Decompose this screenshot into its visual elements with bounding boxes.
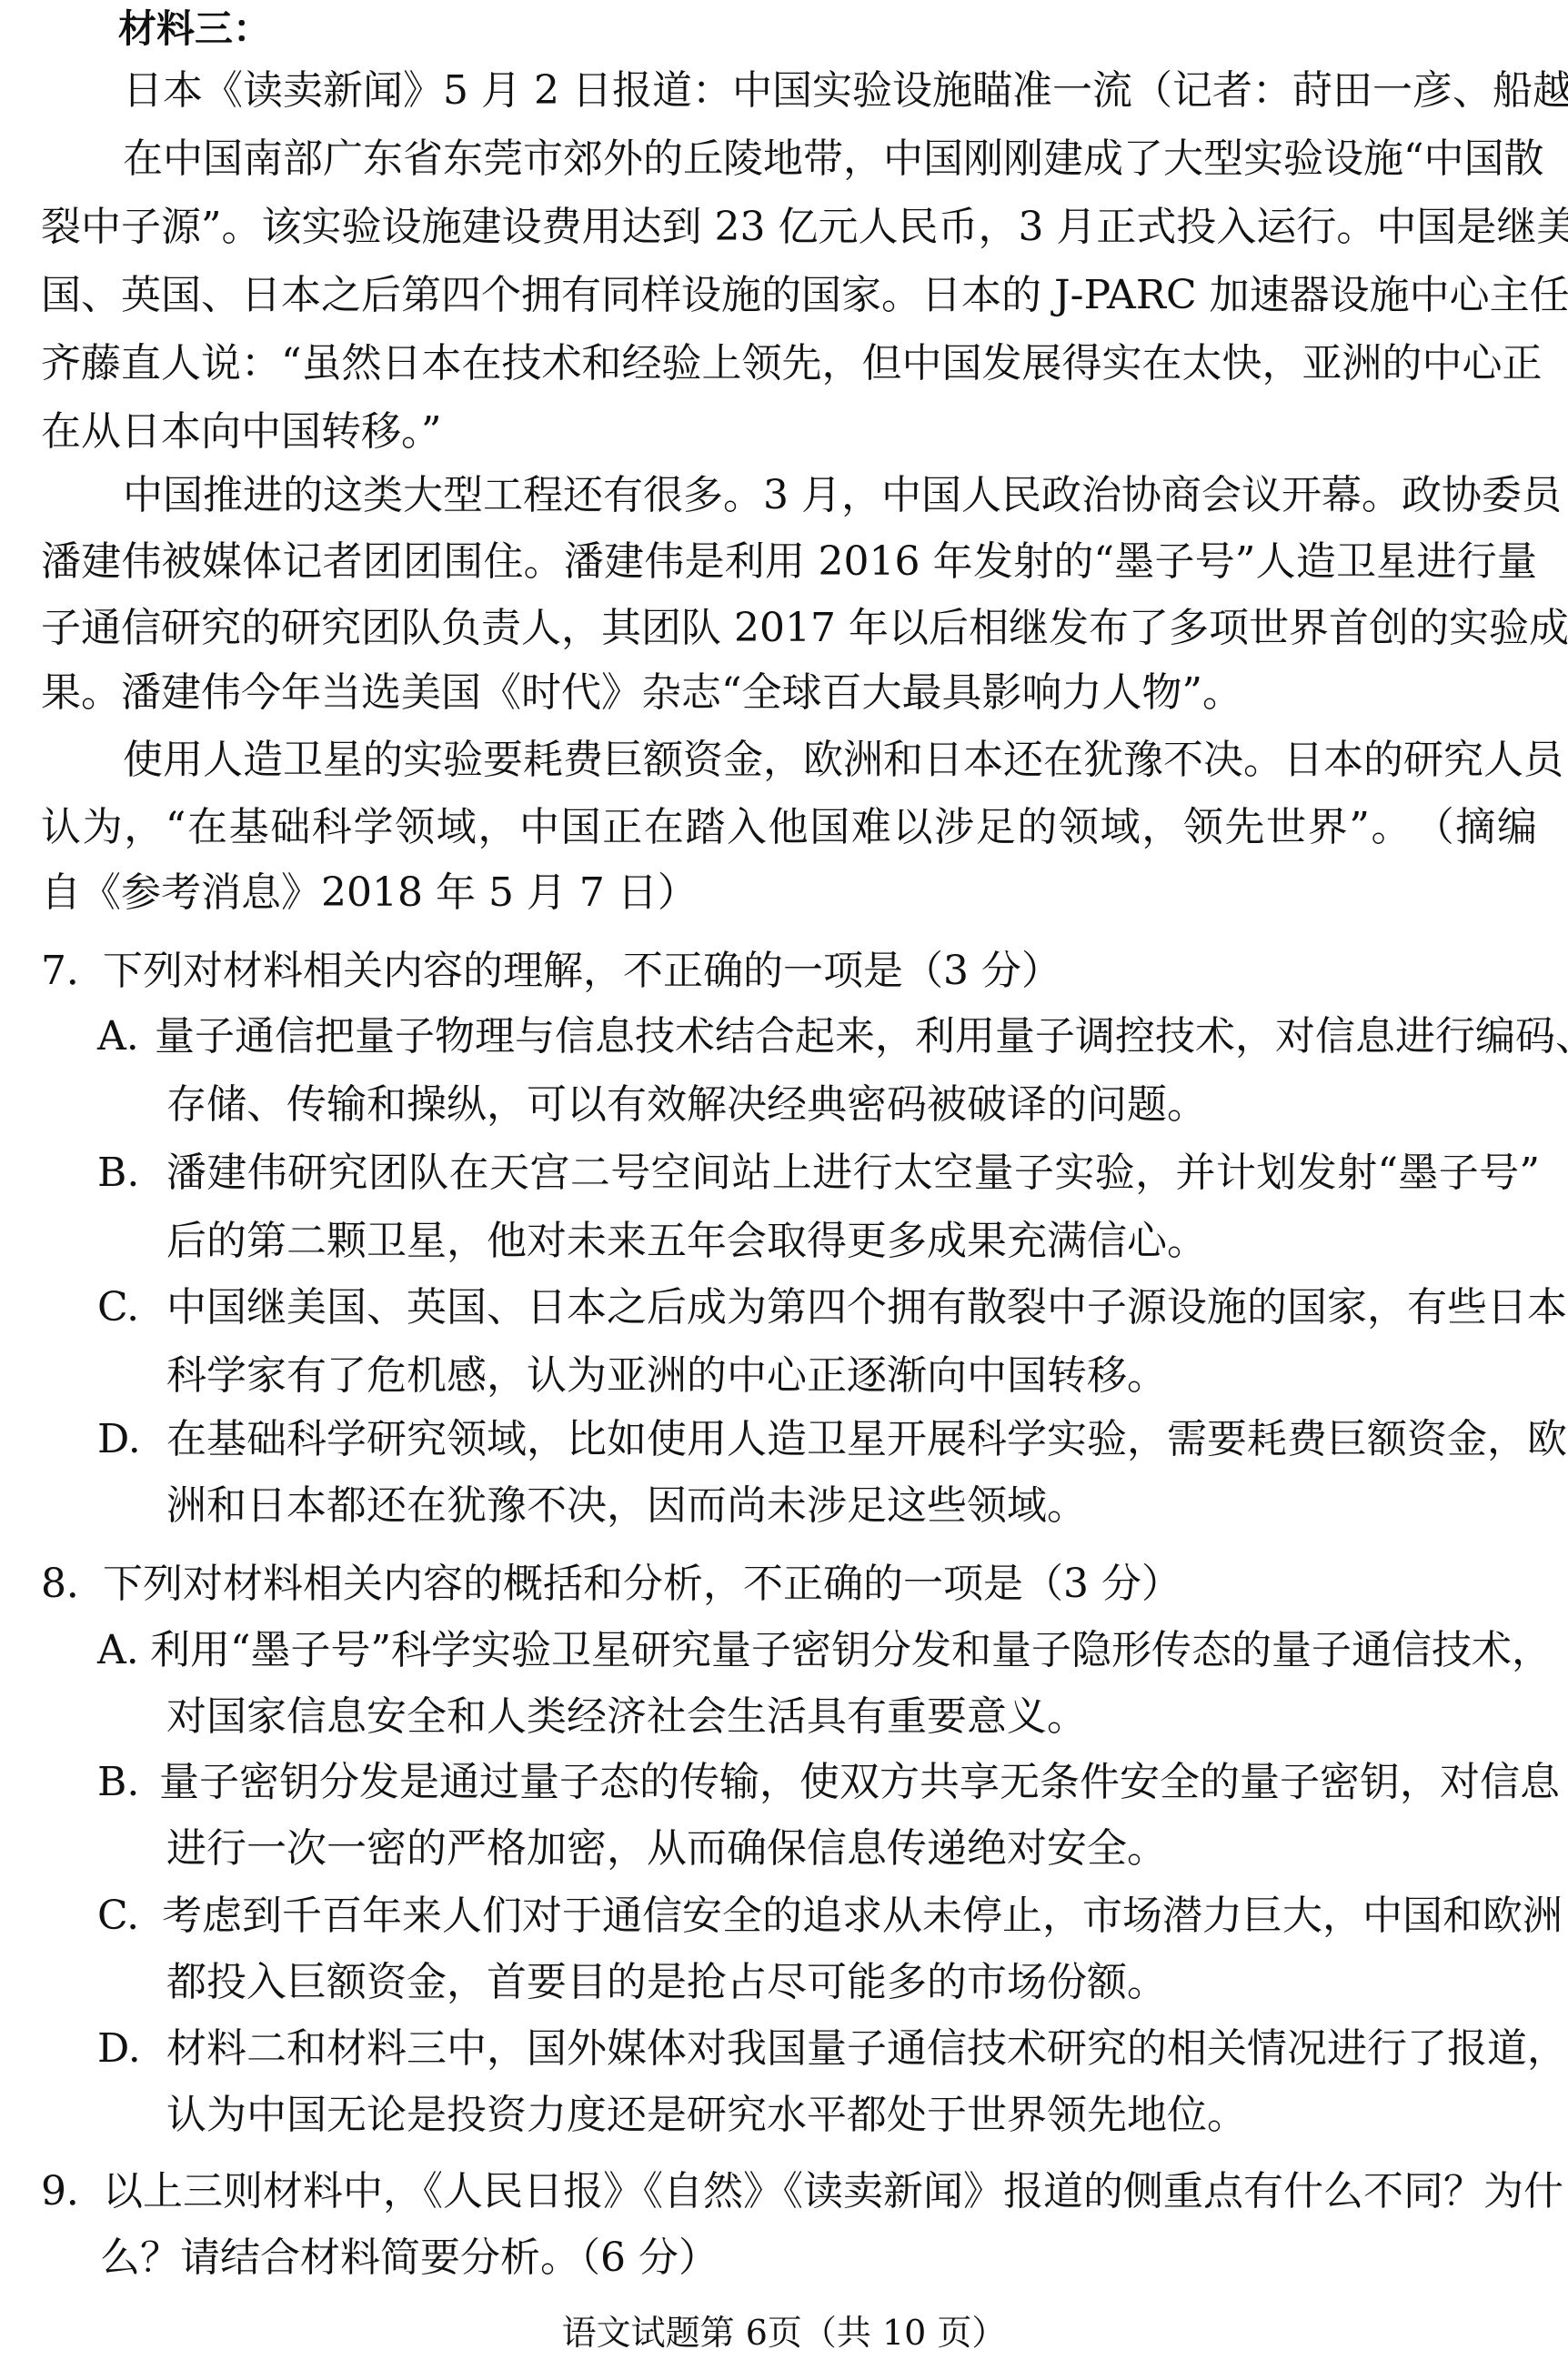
text-line: 使用人造卫星的实验要耗费巨额资金，欧洲和日本还在犹豫不决。日本的研究人员 (123, 733, 1537, 788)
text-line: 齐藤直人说：“虽然日本在技术和经验上领先，但中国发展得实在太快，亚洲的中心正 (41, 336, 1537, 391)
option-label: B. (97, 1146, 139, 1200)
option-label: A. (97, 1009, 139, 1064)
question-stem: 下列对材料相关内容的理解，不正确的一项是（3 分） (103, 944, 1061, 999)
option-text: 利用“墨子号”科学实验卫星研究量子密钥分发和量子隐形传态的量子通信技术， (150, 1623, 1542, 1678)
option-label: C. (97, 1280, 139, 1335)
option-label: C. (97, 1889, 139, 1943)
option-label: D. (97, 1412, 141, 1467)
option-text: 进行一次一密的严格加密，从而确保信息传递绝对安全。 (166, 1822, 1167, 1876)
page-footer: 语文试题第 6页（共 10 页） (0, 2310, 1568, 2355)
option-text: 中国继美国、英国、日本之后成为第四个拥有散裂中子源设施的国家，有些日本 (166, 1280, 1537, 1335)
text-line: 果。潘建伟今年当选美国《时代》杂志“全球百大最具影响力人物”。 (41, 666, 1242, 720)
option-label: D. (97, 2022, 141, 2076)
option-text: 材料二和材料三中，国外媒体对我国量子通信技术研究的相关情况进行了报道， (166, 2022, 1542, 2076)
byline: 日本《读卖新闻》5 月 2 日报道：中国实验设施瞄准一流（记者：莳田一彦、船越翔… (123, 64, 1542, 118)
option-text: 洲和日本都还在犹豫不决，因而尚未涉足这些领域。 (166, 1479, 1087, 1533)
question-stem: 以上三则材料中，《人民日报》《自然》《读卖新闻》报道的侧重点有什么不同？为什 (103, 2164, 1537, 2219)
option-label: A. (97, 1623, 139, 1678)
question-number: 8． (41, 1557, 106, 1612)
question-stem: 么？请结合材料简要分析。（6 分） (100, 2231, 719, 2285)
option-text: 在基础科学研究领域，比如使用人造卫星开展科学实验，需要耗费巨额资金，欧 (166, 1412, 1537, 1467)
option-text: 认为中国无论是投资力度还是研究水平都处于世界领先地位。 (166, 2088, 1247, 2143)
option-text: 潘建伟研究团队在天宫二号空间站上进行太空量子实验，并计划发射“墨子号” (166, 1146, 1540, 1200)
text-line: 认为，“在基础科学领域，中国正在踏入他国难以涉足的领域，领先世界”。 （摘编 (41, 800, 1537, 855)
option-text: 存储、传输和操纵，可以有效解决经典密码被破译的问题。 (166, 1078, 1207, 1132)
text-line: 在中国南部广东省东莞市郊外的丘陵地带，中国刚刚建成了大型实验设施“中国散 (123, 132, 1537, 186)
text-line: 子通信研究的研究团队负责人，其团队 2017 年以后相继发布了多项世界首创的实验… (41, 601, 1537, 656)
option-text: 都投入巨额资金，首要目的是抢占尽可能多的市场份额。 (166, 1955, 1167, 2010)
text-line: 潘建伟被媒体记者团团围住。潘建伟是利用 2016 年发射的“墨子号”人造卫星进行… (41, 535, 1537, 589)
question-number: 9． (41, 2164, 106, 2219)
option-text: 量子通信把量子物理与信息技术结合起来，利用量子调控技术，对信息进行编码、 (155, 1009, 1542, 1064)
text-line: 中国推进的这类大型工程还有很多。3 月，中国人民政治协商会议开幕。政协委员 (123, 468, 1537, 523)
option-text: 对国家信息安全和人类经济社会生活具有重要意义。 (166, 1690, 1087, 1744)
section-heading: 材料三： (118, 2, 271, 56)
option-text: 后的第二颗卫星，他对未来五年会取得更多成果充满信心。 (166, 1214, 1207, 1269)
option-text: 量子密钥分发是通过量子态的传输，使双方共享无条件安全的量子密钥，对信息 (159, 1755, 1537, 1810)
source-citation: 自《参考消息》2018 年 5 月 7 日） (41, 866, 698, 920)
question-number: 7． (41, 944, 106, 999)
option-text: 考虑到千百年来人们对于通信安全的追求从未停止，市场潜力巨大，中国和欧洲 (162, 1889, 1537, 1943)
option-label: B. (97, 1755, 139, 1810)
question-stem: 下列对材料相关内容的概括和分析，不正确的一项是（3 分） (103, 1557, 1181, 1612)
text-line: 在从日本向中国转移。” (41, 405, 442, 459)
option-text: 科学家有了危机感，认为亚洲的中心正逐渐向中国转移。 (166, 1349, 1167, 1403)
text-line: 裂中子源”。该实验设施建设费用达到 23 亿元人民币，3 月正式投入运行。中国是… (41, 200, 1537, 255)
text-line: 国、英国、日本之后第四个拥有同样设施的国家。日本的 J-PARC 加速器设施中心… (41, 268, 1537, 323)
